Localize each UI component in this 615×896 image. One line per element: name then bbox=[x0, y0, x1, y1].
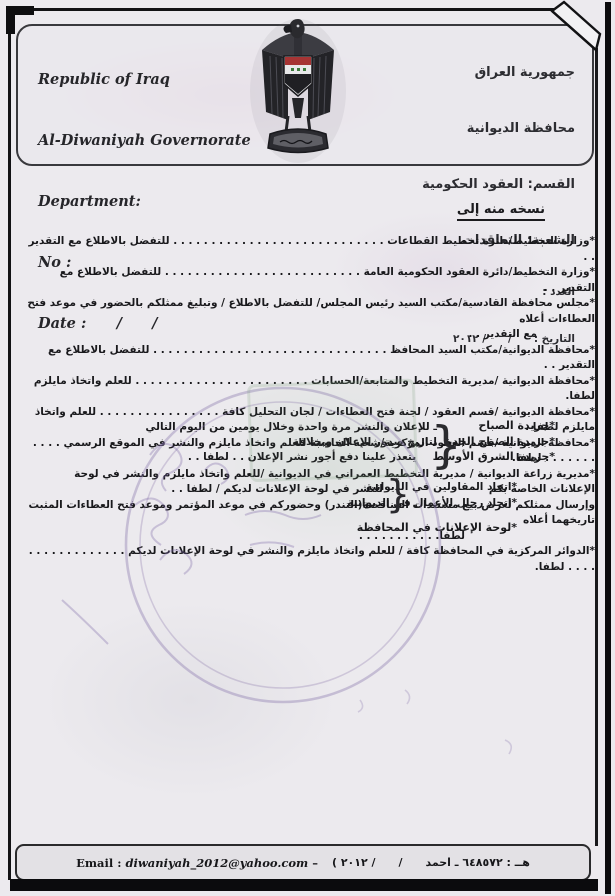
letterhead-en-department: Department: bbox=[38, 188, 251, 215]
letterhead-ar-department: القسم: العقود الحكومية bbox=[422, 172, 575, 198]
footer-dash: – bbox=[308, 856, 318, 870]
newspapers-note: ـ للإعلان والنشر مرة واحدة وخلال يومين م… bbox=[137, 420, 437, 465]
scanned-letter-page: Republic of Iraq Al-Diwaniyah Governorat… bbox=[0, 0, 615, 896]
page-dogear-fold bbox=[548, 0, 615, 60]
copy-line: *وزارة التخطيط/دائرة العقود الحكومية الع… bbox=[26, 265, 595, 296]
footer-phone-arabic: هــ : ٦٤٨٥٧٢ ـ احمد / / ٢٠١٢ ) bbox=[332, 856, 530, 869]
union-item: *اتحاد رجال الأعمال في الديوانية bbox=[347, 495, 517, 511]
brace-icon: { bbox=[386, 474, 410, 514]
scan-tint bbox=[40, 600, 340, 800]
scan-border-right-outer bbox=[605, 2, 611, 894]
footer-contact-box: Email : diwaniyah_2012@yahoo.com – هــ :… bbox=[15, 844, 591, 881]
copy-line: مع التقدير . . bbox=[26, 327, 595, 343]
newspapers-note-line: يتعذر علينا دفع أجور نشر الإعلان . . لطف… bbox=[137, 450, 437, 465]
copy-line: *وزارة التخطيط/دائرة تخطيط القطاعات . . … bbox=[26, 234, 595, 265]
letterhead-ar-country: جمهورية العراق bbox=[422, 60, 575, 86]
iraq-eagle-emblem-icon bbox=[248, 16, 348, 166]
scan-border-left bbox=[8, 8, 11, 880]
copy-line: *محافظة الديوانية /مديرية التخطيط والمتا… bbox=[26, 374, 595, 405]
email-label: Email : bbox=[76, 856, 125, 870]
unions-note: للنشر في لوحة الإعلانات لديكم / لطفا . . bbox=[171, 483, 383, 495]
letterhead-ar-governorate: محافظة الديوانية bbox=[422, 116, 575, 142]
scan-corner-mark bbox=[6, 6, 15, 34]
newspapers-note-line: ـ للإعلان والنشر مرة واحدة وخلال يومين م… bbox=[137, 420, 437, 450]
bulletin-board-line: *لوحة الإعلانات في المحافظة bbox=[357, 521, 517, 534]
copies-title: نسخه منه إلى bbox=[457, 202, 545, 221]
footer-email: Email : diwaniyah_2012@yahoo.com – bbox=[76, 856, 318, 870]
scan-border-right-inner bbox=[595, 48, 598, 846]
email-address: diwaniyah_2012@yahoo.com bbox=[125, 856, 308, 870]
scan-border-bottom bbox=[10, 879, 598, 891]
copy-line: *الدوائر المركزية في المحافظة كافة / للع… bbox=[26, 544, 595, 575]
copy-line: *محافظة الديوانية/مكتب السيد المحافظ . .… bbox=[26, 343, 595, 374]
scan-border-top bbox=[8, 8, 554, 11]
letterhead-en-country: Republic of Iraq bbox=[38, 66, 251, 93]
copy-line: *مجلس محافظة القادسية/مكتب السيد رئيس ال… bbox=[26, 296, 595, 327]
letterhead-en-governorate: Al-Diwaniyah Governorate bbox=[38, 127, 251, 154]
